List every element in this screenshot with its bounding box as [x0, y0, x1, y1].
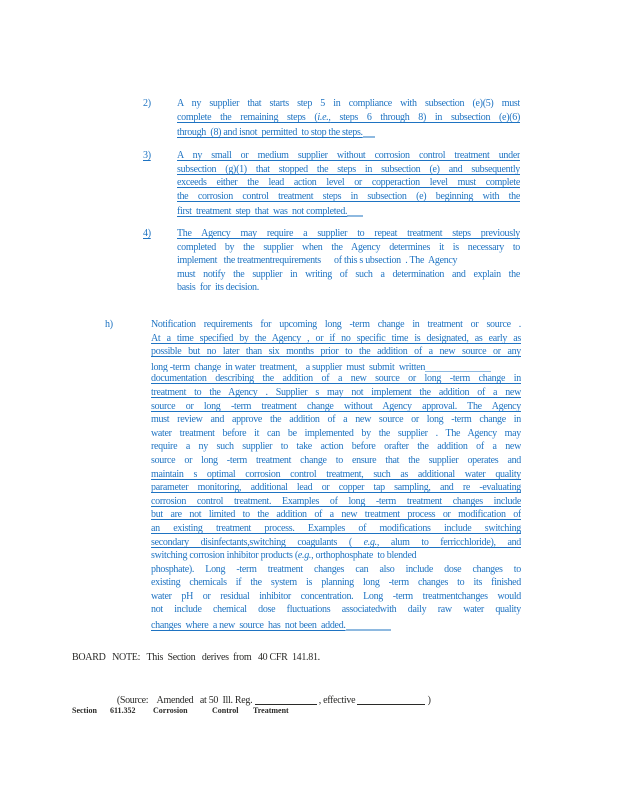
- text-line: Notification requirements for upcoming l…: [151, 318, 521, 332]
- footer-word-corrosion: Corrosion: [153, 704, 188, 718]
- text-line: must notify the supplier in writing of s…: [177, 268, 520, 282]
- text-segment: long -term change in water treatment, a …: [151, 362, 425, 373]
- text-segment: completed by the supplier when the Agenc…: [177, 242, 520, 253]
- text-line: not include chemical dose fluctuations a…: [151, 603, 521, 617]
- list-item-4-text: The Agency may require a supplier to rep…: [177, 227, 520, 295]
- text-line: switching corrosion inhibitor products (…: [151, 549, 521, 563]
- text-segment: source or long -term treatment change to…: [151, 455, 521, 466]
- text-line: long -term change in water treatment, a …: [151, 359, 521, 373]
- text-segment: but are not limited to the addition of a…: [151, 509, 521, 520]
- text-segment: steps 6 through 8) in subsection (e)(6): [331, 112, 520, 123]
- text-line: first treatment step that was not comple…: [177, 203, 520, 217]
- text-segment: Notification requirements for upcoming l…: [151, 319, 521, 330]
- section-footer-heading: Section 611.352 Corrosion Control Treatm…: [72, 704, 332, 716]
- italic-text: e.g.,: [298, 550, 313, 561]
- text-segment: maintain s optimal corrosion control tre…: [151, 469, 521, 480]
- text-segment: orthophosphate to blended: [313, 550, 416, 561]
- text-line: an existing treatment process. Examples …: [151, 522, 521, 536]
- text-segment: source or long -term treatment change wi…: [151, 401, 521, 412]
- footer-word-section: Section: [72, 704, 97, 718]
- footer-word-treatment: Treatment: [253, 704, 289, 718]
- text-segment: At a time specified by the Agency , or i…: [151, 333, 521, 344]
- text-line: changes where a new source has not been …: [151, 617, 521, 631]
- text-line: The Agency may require a supplier to rep…: [177, 227, 520, 241]
- text-line: treatment to the Agency . Supplier s may…: [151, 386, 521, 400]
- document-page: 2) A ny supplier that starts step 5 in c…: [0, 0, 618, 800]
- text-line: documentation describing the addition of…: [151, 372, 521, 386]
- text-segment: must notify the supplier in writing of s…: [177, 269, 520, 280]
- text-segment: must review and approve the addition of …: [151, 414, 521, 425]
- text-segment: basis for its decision.: [177, 282, 259, 293]
- source-effective-blank: [357, 695, 425, 705]
- text-line: water treatment before it can be impleme…: [151, 427, 521, 441]
- text-segment: existing chemicals if the system is plan…: [151, 577, 521, 588]
- text-segment: not include chemical dose fluctuations a…: [151, 604, 521, 615]
- text-segment: treatment to the Agency . Supplier s may…: [151, 387, 521, 398]
- text-segment: implement the treatmentrequirements of t…: [177, 255, 457, 266]
- italic-text: i.e.,: [317, 112, 330, 123]
- text-line: possible but no later than six months pr…: [151, 345, 521, 359]
- text-segment: changes where a new source has not been …: [151, 620, 346, 631]
- text-line: existing chemicals if the system is plan…: [151, 576, 521, 590]
- footer-word-number: 611.352: [110, 704, 136, 718]
- text-line: the corrosion control treatment steps in…: [177, 190, 520, 204]
- text-line: water pH or residual inhibitor concentra…: [151, 590, 521, 604]
- text-segment: A ny supplier that starts step 5 in comp…: [177, 98, 520, 109]
- board-note: BOARD NOTE: This Section derives from 40…: [72, 651, 320, 665]
- text-line: exceeds either the lead action level or …: [177, 176, 520, 190]
- text-segment: the corrosion control treatment steps in…: [177, 191, 520, 202]
- text-segment: subsection (g)(1) that stopped the steps…: [177, 164, 520, 175]
- footer-word-control: Control: [212, 704, 239, 718]
- text-line: completed by the supplier when the Agenc…: [177, 241, 520, 255]
- text-segment: parameter monitoring, additional lead or…: [151, 482, 521, 493]
- text-line: A ny supplier that starts step 5 in comp…: [177, 97, 520, 111]
- text-line: require a ny such supplier to take actio…: [151, 440, 521, 454]
- text-line: implement the treatmentrequirements of t…: [177, 254, 520, 268]
- text-segment: require a ny such supplier to take actio…: [151, 441, 521, 452]
- list-item-3-number: 3): [143, 149, 151, 163]
- text-line: secondary disinfectants,switching coagul…: [151, 536, 521, 550]
- list-item-3-text: A ny small or medium supplier without co…: [177, 149, 520, 217]
- text-segment: exceeds either the lead action level or …: [177, 177, 520, 188]
- text-line: maintain s optimal corrosion control tre…: [151, 468, 521, 482]
- source-suffix: ): [425, 695, 430, 706]
- text-segment: an existing treatment process. Examples …: [151, 523, 521, 534]
- text-segment: secondary disinfectants,switching coagul…: [151, 537, 364, 548]
- text-segment: first treatment step that was not comple…: [177, 206, 347, 217]
- text-segment: possible but no later than six months pr…: [151, 346, 521, 357]
- text-line: basis for its decision.: [177, 281, 520, 295]
- text-line: must review and approve the addition of …: [151, 413, 521, 427]
- text-line: source or long -term treatment change wi…: [151, 400, 521, 414]
- text-line: A ny small or medium supplier without co…: [177, 149, 520, 163]
- underline-extension: [347, 206, 363, 217]
- list-item-2-number: 2): [143, 97, 151, 111]
- underline-extension: [346, 620, 391, 631]
- text-line: phosphate). Long -term treatment changes…: [151, 563, 521, 577]
- list-item-4-number: 4): [143, 227, 151, 241]
- text-line: complete the remaining steps (i.e., step…: [177, 111, 520, 125]
- text-segment: A ny small or medium supplier without co…: [177, 150, 520, 161]
- underline-extension: [425, 361, 491, 372]
- text-segment: alum to ferricchloride), and: [379, 537, 521, 548]
- text-segment: water pH or residual inhibitor concentra…: [151, 591, 521, 602]
- text-segment: phosphate). Long -term treatment changes…: [151, 564, 521, 575]
- text-segment: water treatment before it can be impleme…: [151, 428, 521, 439]
- text-segment: switching corrosion inhibitor products (: [151, 550, 298, 561]
- subsection-h-text: Notification requirements for upcoming l…: [151, 318, 521, 631]
- text-line: At a time specified by the Agency , or i…: [151, 332, 521, 346]
- text-segment: corrosion control treatment. Examples of…: [151, 496, 521, 507]
- list-item-2-text: A ny supplier that starts step 5 in comp…: [177, 97, 520, 138]
- text-segment: through (8) and isnot permitted to stop …: [177, 127, 363, 138]
- text-segment: complete the remaining steps (: [177, 112, 317, 123]
- text-line: parameter monitoring, additional lead or…: [151, 481, 521, 495]
- text-line: source or long -term treatment change to…: [151, 454, 521, 468]
- text-line: through (8) and isnot permitted to stop …: [177, 124, 520, 138]
- subsection-h-label: h): [105, 318, 113, 332]
- italic-text: e.g.,: [364, 537, 379, 548]
- text-segment: documentation describing the addition of…: [151, 373, 521, 384]
- text-segment: The Agency may require a supplier to rep…: [177, 228, 520, 239]
- text-line: but are not limited to the addition of a…: [151, 508, 521, 522]
- underline-extension: [363, 127, 375, 138]
- text-line: subsection (g)(1) that stopped the steps…: [177, 163, 520, 177]
- text-line: corrosion control treatment. Examples of…: [151, 495, 521, 509]
